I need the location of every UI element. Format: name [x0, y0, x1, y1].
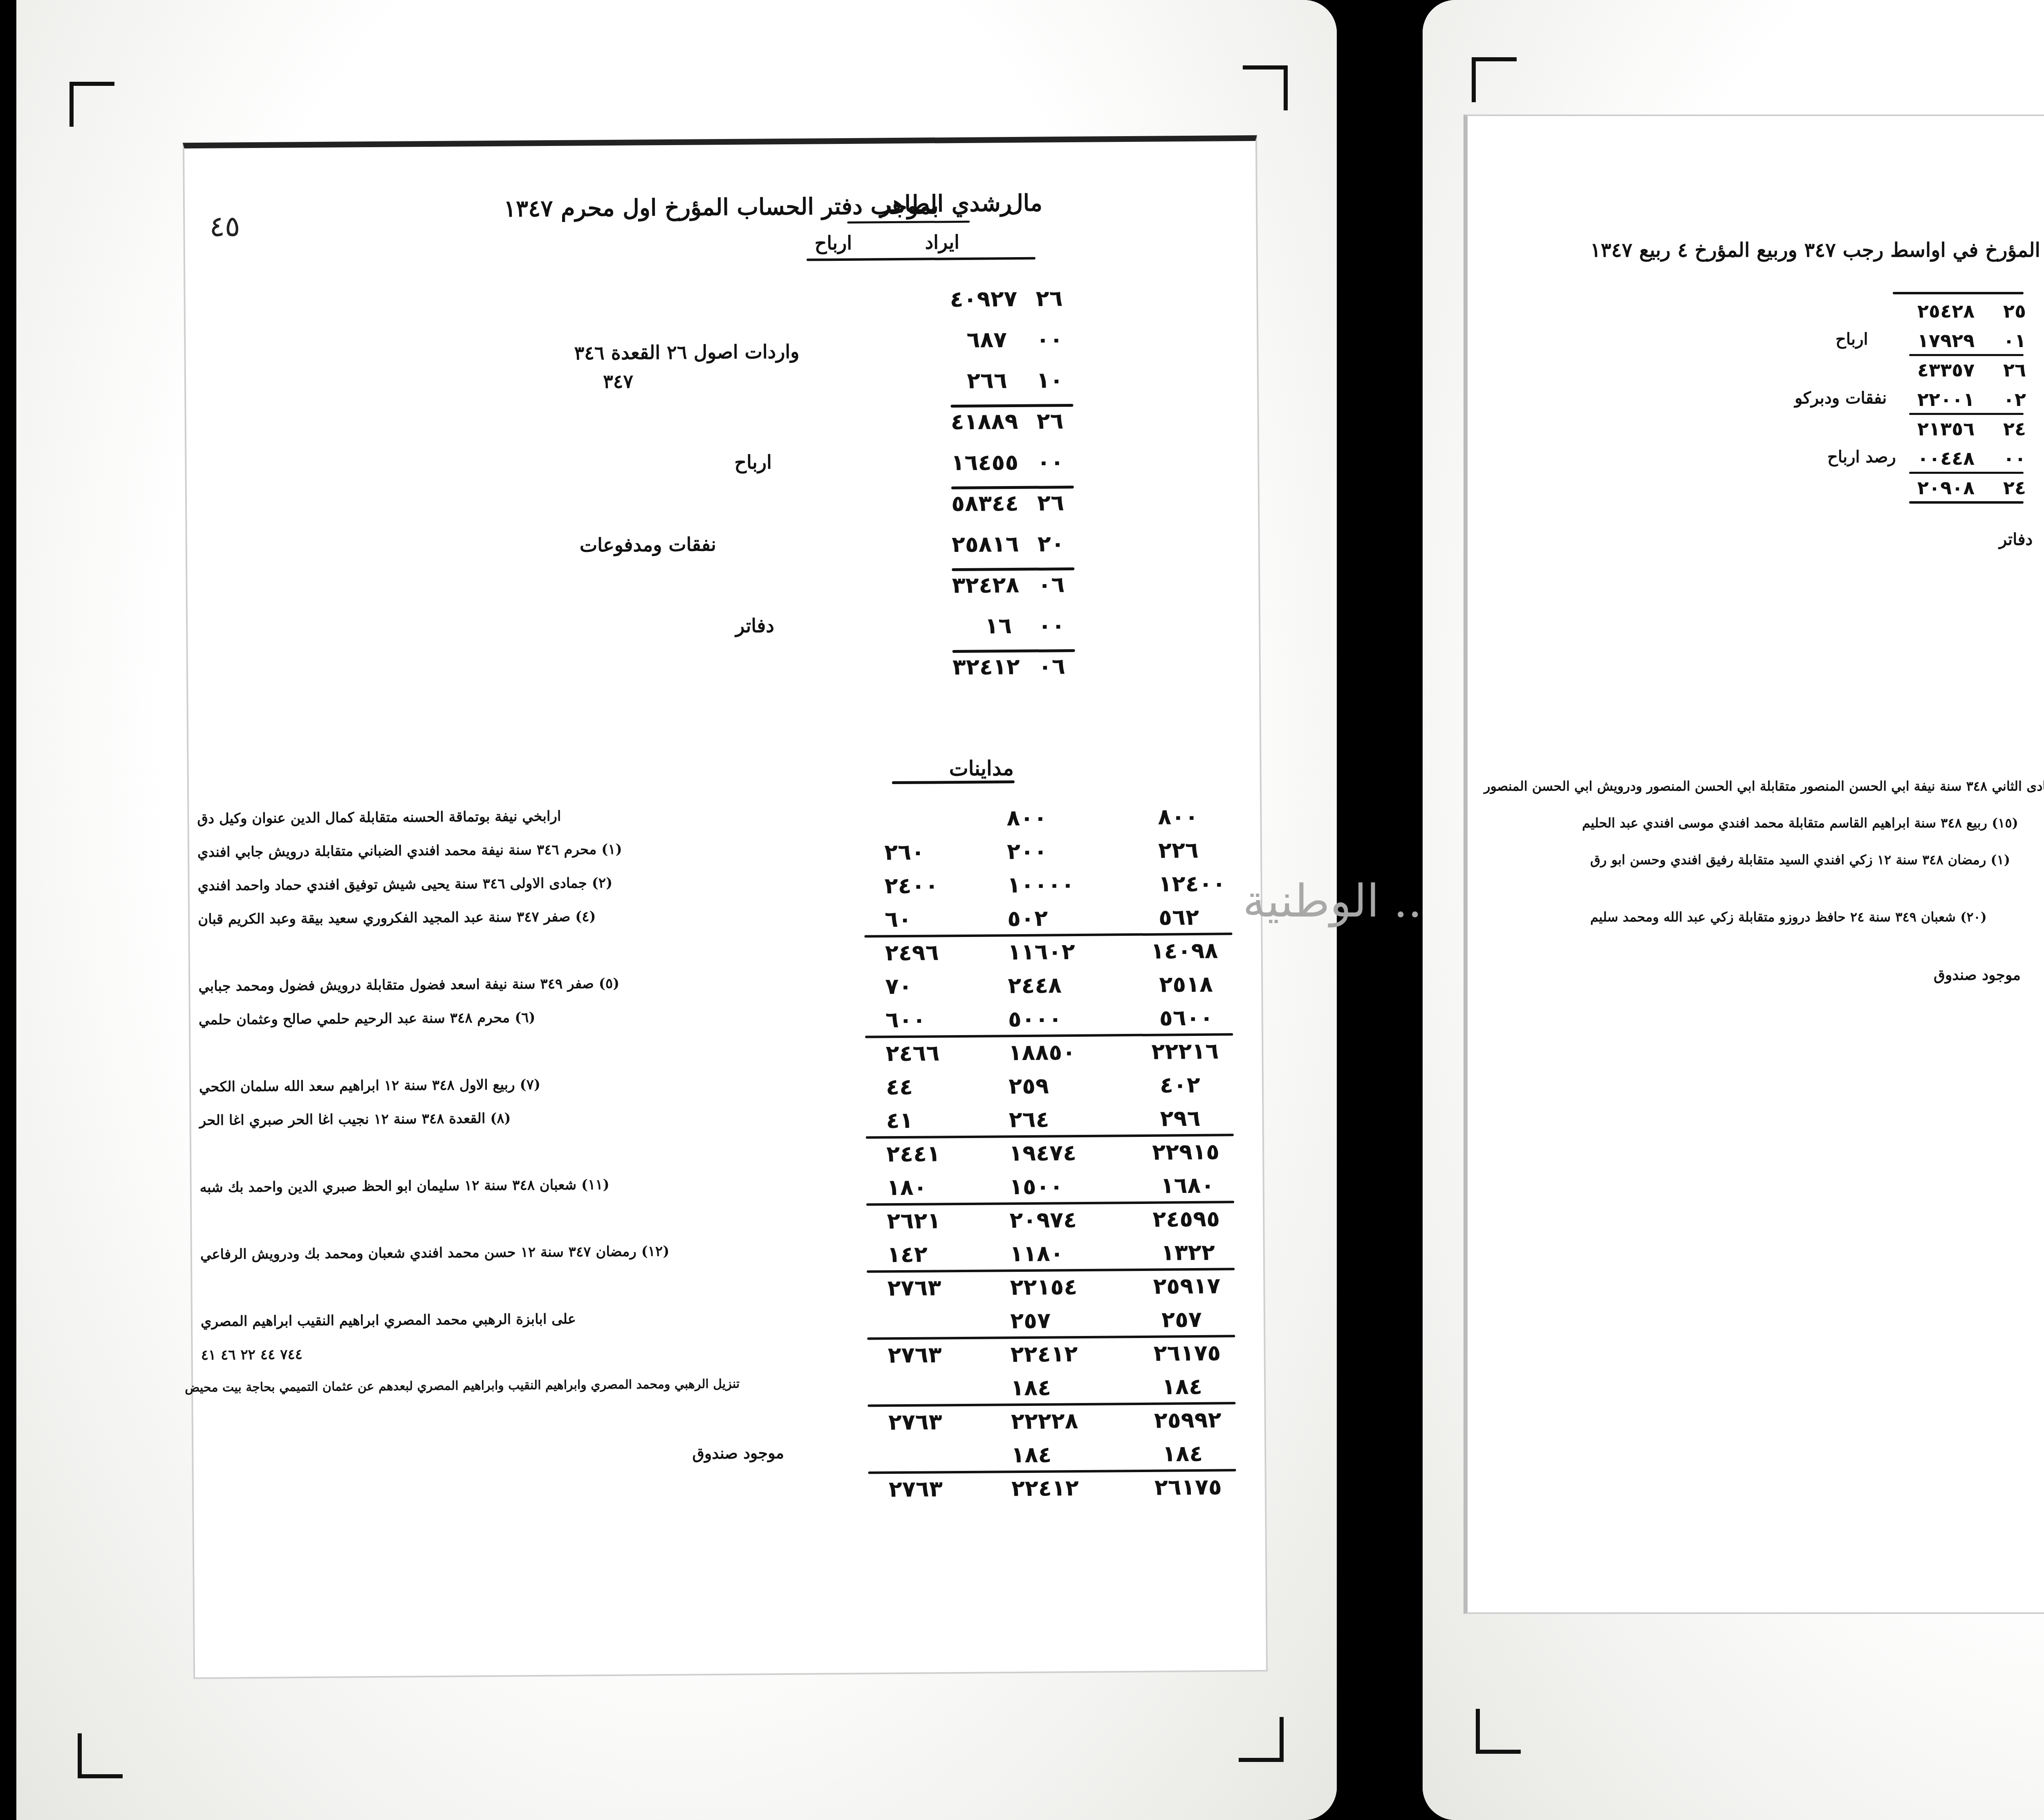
debt-col1: ٢٧٦٣: [888, 1342, 941, 1368]
amount: ٤٣٣٥٧: [1917, 359, 1975, 381]
debt-col3: ١٤٠٩٨: [1151, 938, 1218, 964]
debt-desc: (١٥) ربيع ٣٤٨ سنة ابراهيم القاسم متقابلة…: [1582, 815, 2018, 831]
amount: ٤١٨٨٩: [951, 408, 1018, 435]
summary-row: ٢٤٢٠٩٠٨: [1786, 477, 2032, 506]
crop-mark-top-left: [69, 82, 114, 127]
debt-col3: ٢٩٦: [1160, 1105, 1200, 1132]
header-rule: [1893, 292, 2024, 294]
sum-rule: [868, 1402, 1236, 1407]
debt-row: (١) رمضان ٣٤٨ سنة ١٢ زكي افندي السيد متق…: [1468, 852, 2044, 881]
summary-row: ٢٦ ٤٠٩٢٧: [480, 285, 1077, 330]
amount: ١٦٤٥٥: [951, 449, 1018, 475]
row-label: ٣٤٧: [603, 370, 634, 393]
debt-col2: ١٨٤: [1011, 1374, 1051, 1401]
debt-col2: ١١٦٠٢: [1008, 939, 1075, 965]
debt-col2: ١٥٠٠: [1009, 1173, 1063, 1199]
debt-desc: (٥) صفر ٣٤٩ سنة نيفة اسعد فضول متقابلة د…: [198, 975, 619, 995]
crop-mark-bottom-left: [78, 1733, 123, 1778]
amount: ٢٢٠٠١: [1917, 388, 1975, 410]
debt-total-row: ٤٦٨٩٢٠٨٩٦٢٥٥٨٥: [1468, 995, 2044, 1024]
piastres: ٠٢: [2003, 388, 2026, 410]
debt-col1: ٢٤٩٦: [885, 939, 939, 966]
header-rule: [807, 257, 1035, 261]
sum-rule: [865, 1033, 1233, 1038]
row-label: دفاتر: [735, 614, 774, 637]
debt-col1: ٤٤: [886, 1074, 913, 1100]
amount: ٢٥٤٢٨: [1917, 300, 1975, 322]
debts-table: (١٠) جمادى الثاني ٣٤٨ سنة نيفة ابي الحسن…: [1468, 778, 2044, 1024]
sum-rule: [864, 932, 1232, 937]
debt-col1: ٧٠: [885, 973, 912, 999]
piastres: ٢٤: [2003, 418, 2026, 440]
amount: ٤٠٩٢٧: [950, 286, 1017, 312]
crop-mark-bottom-right: [1239, 1717, 1284, 1762]
summary-row: ٠٦ ٣٢٤١٢: [482, 653, 1080, 698]
row-label: رصد ارباح: [1827, 447, 1896, 466]
piastres: ٢٦: [1036, 408, 1063, 434]
debt-col2: ٢٦٤: [1009, 1106, 1049, 1132]
debt-col3: ٨٠٠: [1158, 804, 1198, 830]
debt-col3: ٢٥٧: [1161, 1307, 1202, 1333]
debt-subtotal-row: ٤١٥٤١٨٦٠٩٢٢٧٦٣: [1468, 881, 2044, 909]
debt-col2: ٢٠٠: [1007, 838, 1047, 864]
debt-subtotal-row: ٤٦٨٩٢٠٨٢٦٢٥٥٢٥: [1468, 938, 2044, 966]
debt-col3: ٤٠٢: [1160, 1072, 1200, 1098]
amount: ٦٨٧: [966, 327, 1007, 353]
piastres: ٢٦: [2003, 359, 2026, 381]
debt-desc: ٧٤٤ ٤٤ ٢٢ ٤٦ ٤١: [201, 1346, 303, 1363]
debt-col1: ٢٦٢١: [887, 1208, 941, 1234]
piastres: ٠٠: [1037, 449, 1064, 475]
account-label: مال: [1006, 190, 1042, 217]
piastres: ٢٦: [1035, 285, 1062, 311]
debt-col1: ١٤٢: [887, 1242, 928, 1268]
sum-rule: [867, 1268, 1235, 1273]
piastres: ٠٠: [1038, 612, 1065, 638]
debt-desc: (٦) محرم ٣٤٨ سنة عبد الرحيم حلمي صالح وع…: [199, 1009, 536, 1028]
summary-row: ٢٤٢١٣٥٦: [1786, 418, 2032, 447]
left-ledger-sheet: ٤٥ بموجب دفتر الحساب المؤرخ اول محرم ١٣٤…: [16, 0, 1337, 1820]
piastres: ٠٦: [1038, 653, 1065, 679]
col-head-revenue: ايراد: [925, 231, 959, 253]
row-label: ارباح: [1836, 329, 1868, 349]
sum-rule: [866, 1134, 1234, 1139]
col-head-profits: ارباح: [814, 232, 852, 254]
debt-desc: (٢٠) شعبان ٣٤٩ سنة ٢٤ حافظ دروزو متقابلة…: [1590, 909, 1987, 925]
right-ledger-page: ٤٤ ٤٠ قصر عارف النابلسي مال بموجب دفتر ا…: [1464, 114, 2044, 1614]
debt-col3: ٢٢٩١٥: [1152, 1139, 1219, 1165]
sum-rule: [868, 1469, 1236, 1474]
amount: ٥٨٣٤٤: [951, 490, 1019, 516]
amount: ٠٠٤٤٨: [1917, 447, 1975, 469]
debt-col2: ١٨٨٥٠: [1008, 1039, 1076, 1065]
debt-col2: ١٠٠٠٠: [1007, 872, 1074, 898]
debt-col3: ١٨٤: [1162, 1374, 1202, 1400]
debt-desc: (١٠) جمادى الثاني ٣٤٨ سنة نيفة ابي الحسن…: [1484, 778, 2044, 794]
debt-col1: ٢٤٦٦: [885, 1040, 939, 1066]
debt-col3: ٢٢٦: [1158, 837, 1199, 863]
debt-desc: على ابابزة الرهبي محمد المصري ابراهيم ال…: [201, 1311, 576, 1330]
row-label: ارباح: [734, 451, 772, 473]
summary-row: ٠٠ ٦٨٧ واردات اصول ٢٦ القعدة ٣٤٦: [480, 326, 1077, 371]
summary-row: ٠٠٠٠٤٤٨رصد ارباح: [1786, 447, 2032, 477]
summary-row: ٢٦٤٣٣٥٧: [1786, 359, 2032, 388]
summary-row: ٢٥٢٥٤٢٨: [1786, 300, 2032, 329]
amount: ٢٦٦: [967, 368, 1007, 394]
debt-desc: موجود صندوق: [1934, 966, 2021, 984]
title-rule: [847, 221, 970, 224]
row-label: واردات اصول ٢٦ القعدة ٣٤٦: [574, 341, 799, 364]
sum-rule: [866, 1201, 1234, 1206]
debt-col1: ٢٧٦٣: [888, 1409, 942, 1435]
row-label: دفاتر: [1999, 530, 2033, 549]
debt-col3: ٥٦٠٠: [1159, 1005, 1213, 1031]
piastres: ٢٥: [2003, 300, 2026, 322]
debt-col1: ٢٤٠٠: [884, 872, 938, 899]
debt-col1: ٦٠٠: [885, 1007, 926, 1033]
debt-col2: ١٩٤٧٤: [1009, 1140, 1076, 1166]
debt-col3: ٥٦٢: [1159, 904, 1199, 930]
page-number: ٤٥: [209, 209, 240, 243]
sum-rule: [1909, 472, 2024, 474]
debt-col2: ٥٠٠٠: [1008, 1006, 1062, 1032]
debt-total-row: ٢٧٦٣٢٢٤١٢٢٦١٧٥: [202, 1474, 1249, 1515]
debt-row: (٢٠) شعبان ٣٤٩ سنة ٢٤ حافظ دروزو متقابلة…: [1468, 909, 2044, 938]
debt-row: (١٥) ربيع ٣٤٨ سنة ابراهيم القاسم متقابلة…: [1468, 815, 2044, 852]
ledger-subtitle: بموجب دفتر الحساب المؤرخ اول محرم ١٣٤٧: [504, 192, 939, 222]
debt-col3: ١٨٤: [1162, 1441, 1203, 1467]
summary-row: ٢٦ ٥٨٣٤٤: [481, 490, 1078, 535]
debt-desc: (١) رمضان ٣٤٨ سنة ١٢ زكي افندي السيد متق…: [1590, 852, 2010, 867]
debts-title-rule: [892, 780, 1015, 784]
crop-mark-bottom-left: [1476, 1709, 1521, 1754]
debt-col3: ١٢٤٠٠: [1158, 870, 1226, 897]
debt-col3: ٢٥٩٩٢: [1154, 1407, 1221, 1433]
sum-rule: [1909, 501, 2024, 504]
summary-row: ٠١١٧٩٢٩ارباح: [1786, 329, 2032, 359]
debt-col2: ٨٠٠: [1006, 805, 1047, 831]
summary-table: ٢٦ ٤٠٩٢٧ ٠٠ ٦٨٧ واردات اصول ٢٦ القعدة ٣٤…: [480, 285, 1079, 698]
amount: ٣٢٤٢٨: [952, 572, 1019, 598]
debt-desc: ارابخي نيفة بوتماقة الحسنه متقابلة كمال …: [197, 808, 561, 827]
sum-rule: [1909, 413, 2024, 415]
piastres: ٠١: [2003, 329, 2026, 352]
debt-col3: ٢٦١٧٥: [1154, 1474, 1222, 1500]
debt-col2: ٢٢٤١٢: [1011, 1475, 1079, 1501]
piastres: ٠٦: [1038, 572, 1065, 597]
debt-col2: ٢٢٢٢٨: [1011, 1408, 1078, 1434]
debt-desc: موجود صندوق: [692, 1443, 784, 1463]
debt-col2: ٢٤٤٨: [1008, 972, 1062, 998]
debt-col3: ٢٥٩١٧: [1153, 1273, 1220, 1299]
piastres: ١٠: [1036, 367, 1063, 393]
debt-col1: ٢٧٦٣: [887, 1275, 941, 1301]
sum-rule: [1909, 354, 2024, 356]
amount: ٣٢٤١٢: [953, 654, 1020, 680]
debt-desc: (٢) جمادى الاولى ٣٤٦ سنة يحيى شيش توفيق …: [197, 875, 612, 894]
debts-table: ارابخي نيفة بوتماقة الحسنه متقابلة كمال …: [197, 803, 1248, 1515]
amount: ١٧٩٢٩: [1917, 329, 1975, 352]
debt-desc: (١١) شعبان ٣٤٨ سنة ١٢ سليمان ابو الحظ صب…: [200, 1177, 610, 1196]
debt-row: موجود صندوق٦٠٦٠: [1468, 966, 2044, 995]
amount: ٢٠٩٠٨: [1917, 477, 1975, 499]
debt-col1: ٢٧٦٣: [889, 1476, 943, 1502]
row-label: نفقات ومدفوعات: [580, 533, 717, 556]
debt-col3: ١٣٢٢: [1161, 1239, 1215, 1266]
debt-col2: ٢٠٩٧٤: [1009, 1207, 1077, 1233]
piastres: ٢٠: [1038, 531, 1065, 556]
summary-row: ٠٢٢٢٠٠١نفقات ودبركو: [1786, 388, 2032, 418]
debt-col2: ٢٢١٥٤: [1010, 1274, 1077, 1300]
debt-col3: ٢٢٢١٦: [1151, 1038, 1219, 1065]
right-ledger-sheet: ٤٤ ٤٠ قصر عارف النابلسي مال بموجب دفتر ا…: [1423, 0, 2044, 1820]
debt-desc: (٨) القعدة ٣٤٨ سنة ١٢ نجيب اغا الحر صبري…: [199, 1110, 511, 1129]
amount: ١٦: [985, 613, 1012, 639]
piastres: ٠٠: [1036, 326, 1063, 352]
debt-col3: ٢٥١٨: [1159, 971, 1213, 997]
sum-rule: [867, 1335, 1235, 1340]
piastres: ٢٦: [1037, 490, 1064, 516]
crop-mark-top-left: [1472, 57, 1517, 102]
debt-col2: ٢٢٤١٢: [1010, 1341, 1078, 1367]
debt-row: (١٠) جمادى الثاني ٣٤٨ سنة نيفة ابي الحسن…: [1468, 778, 2044, 815]
debt-desc: (٧) ربيع الاول ٣٤٨ سنة ١٢ ابراهيم سعد ال…: [199, 1076, 540, 1095]
debt-col2: ٢٥٩: [1009, 1073, 1049, 1099]
debt-col1: ٢٦٠: [884, 839, 925, 865]
row-label: نفقات ودبركو: [1795, 388, 1887, 408]
summary-table: ٢٥٢٥٤٢٨ ٠١١٧٩٢٩ارباح ٢٦٤٣٣٥٧ ٠٢٢٢٠٠١نفقا…: [1786, 292, 2032, 506]
debt-col2: ١٨٤: [1011, 1441, 1051, 1468]
summary-row: ٠٦ ٣٢٤٢٨: [482, 572, 1079, 616]
ledger-subtitle: بموجب دفتر الحساب المؤرخ في اواسط رجب ٣٤…: [1590, 239, 2044, 262]
debt-col3: ١٦٨٠: [1161, 1172, 1215, 1199]
debt-col2: ١١٨٠: [1010, 1240, 1064, 1266]
debt-col1: ٢٤٤١: [886, 1141, 940, 1167]
debt-col1: ٤١: [886, 1107, 913, 1133]
debt-col2: ٢٥٧: [1010, 1307, 1051, 1334]
account-title: رشدي الطاهر: [880, 190, 1012, 217]
debts-section-title: مداينات: [949, 756, 1014, 780]
debt-col3: ٢٤٥٩٥: [1152, 1206, 1220, 1232]
debt-desc: (٤) صفر ٣٤٧ سنة عبد المجيد الفكروري سعيد…: [198, 908, 596, 928]
debt-col1: ٦٠: [885, 906, 912, 932]
debt-desc: (١) محرم ٣٤٦ سنة نيفة محمد افندي الضباني…: [197, 841, 622, 861]
summary-row: ٢٦ ٤١٨٨٩: [481, 408, 1078, 453]
left-ledger-page: ٤٥ بموجب دفتر الحساب المؤرخ اول محرم ١٣٤…: [183, 135, 1268, 1679]
debt-col2: ٥٠٢: [1007, 905, 1048, 931]
debt-col3: ٢٦١٧٥: [1153, 1340, 1221, 1366]
amount: ٢٥٨١٦: [952, 531, 1019, 557]
piastres: ٠٠: [2003, 447, 2026, 469]
amount: ٢١٣٥٦: [1917, 418, 1975, 440]
debt-col1: ١٨٠: [887, 1174, 927, 1201]
crop-mark-top-right: [1243, 65, 1288, 110]
piastres: ٢٤: [2003, 477, 2026, 499]
debt-desc: (١٢) رمضان ٣٤٧ سنة ١٢ حسن محمد افندي شعب…: [200, 1243, 670, 1263]
